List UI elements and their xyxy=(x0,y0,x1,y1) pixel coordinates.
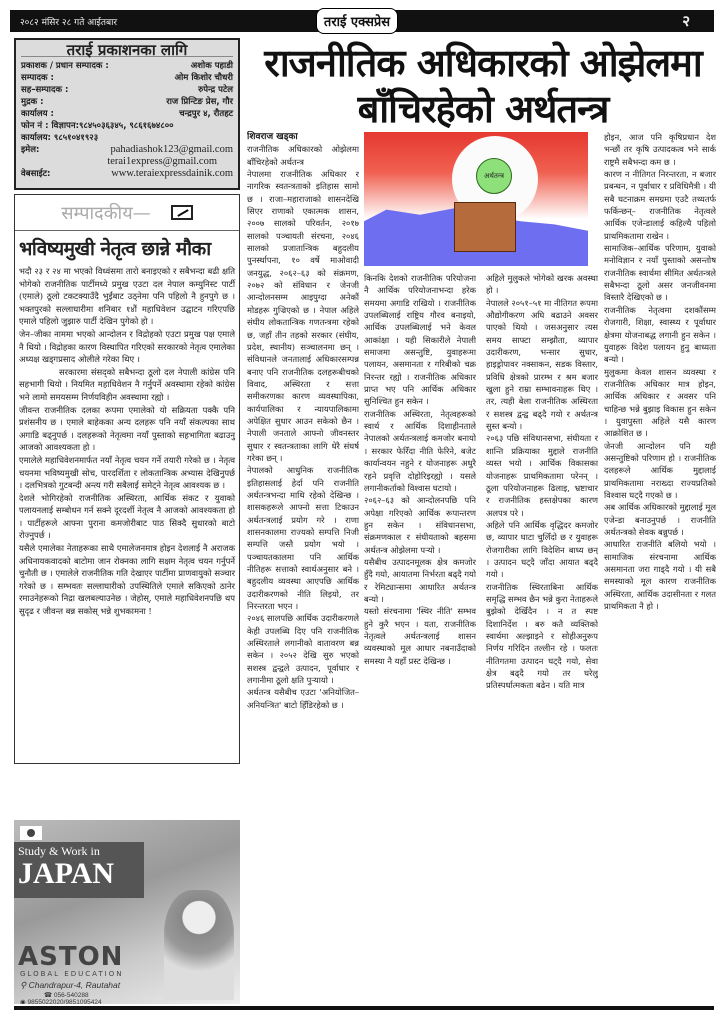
email-link-1[interactable]: pahadiashok123@gmail.com xyxy=(110,144,233,156)
article-column-4: होइन, आज पनि कृषिप्रधान देश भन्छौं तर कृ… xyxy=(604,131,716,1006)
editorial-paragraph: जीवन्त राजनीतिक दलका रूपमा एमालेको यो सक… xyxy=(19,404,235,454)
left-column: तराई प्रकाशनका लागि प्रकाशक / प्रधान सम्… xyxy=(14,38,240,764)
bottom-rule xyxy=(14,1006,714,1010)
editorial-header: सम्पादकीय— xyxy=(15,195,239,231)
japan-flag-icon xyxy=(20,826,42,840)
editorial-section-label: सम्पादकीय— xyxy=(61,201,150,225)
ad-brand-sub: GLOBAL EDUCATION xyxy=(20,970,123,978)
article-column-2: किनकि देशको राजनीतिक परियोजना नै आर्थिक … xyxy=(364,272,476,1006)
info-row-email2: terai1express@gmail.com xyxy=(21,156,233,168)
ballot-box-shape xyxy=(454,202,516,252)
article-column-3: अहिले मुलुकले भोगेको खरक अवस्था हो । नेप… xyxy=(486,272,598,1006)
editorial-paragraph: सरकारमा संसद्को सबैभन्दा ठूलो दल नेपाली … xyxy=(19,366,235,404)
info-row-editor: सम्पादक :ओम किशोर चौधरी xyxy=(21,72,233,84)
economy-character: अर्थतन्त्र xyxy=(476,158,512,194)
info-row-office: कार्यालय :चन्द्रपुर ४, रौतहट xyxy=(21,108,233,120)
article-headline: राजनीतिक अधिकारको ओझेलमा बाँचिरहेको अर्थ… xyxy=(248,40,718,132)
japan-study-advertisement[interactable]: Study & Work in JAPAN ASTON GLOBAL EDUCA… xyxy=(14,820,240,1004)
editorial-paragraph: यसैले एमालेका नेताहरूका साथै एमालेजनमात्… xyxy=(19,542,235,618)
ad-title-box: Study & Work in JAPAN xyxy=(14,842,144,898)
ad-address: ⚲ Chandrapur-4, Rautahat xyxy=(20,980,120,991)
student-photo xyxy=(164,890,234,1000)
pen-icon xyxy=(171,205,193,220)
issue-date: २०८२ मंसिर २८ गते आईतबार xyxy=(20,15,117,28)
page-number: २ xyxy=(682,11,690,31)
info-row-office-phone: कार्यालय: ९८५१०४१९२३ xyxy=(21,132,233,144)
economy-cartoon-illustration: अर्थतन्त्र xyxy=(364,132,588,266)
editorial-paragraph: एमालेले महाधिवेशनमार्फत नयाँ नेतृत्व चयन… xyxy=(19,454,235,492)
article-column-1: शिवराज खड्का राजनीतिक अधिकारको ओझेलमा बा… xyxy=(247,131,359,1006)
email-link-2[interactable]: terai1express@gmail.com xyxy=(107,156,217,168)
info-row-website: वेबसाईट:www.teraiexpressdainik.com xyxy=(21,168,233,180)
info-title: तराई प्रकाशनका लागि xyxy=(21,44,233,57)
newspaper-masthead: तराई एक्सप्रेस xyxy=(316,8,398,34)
article-author: शिवराज खड्का xyxy=(247,131,359,143)
info-row-coeditor: सह–सम्पादक :रुपेन्द्र पटेल xyxy=(21,84,233,96)
info-row-phone: फोन नं : विज्ञापन:९८४५०३६३४५, ९८६१६७४८०० xyxy=(21,120,233,132)
editorial-paragraph: देशले भोगिरहेको राजनीतिक अस्थिरता, आर्थि… xyxy=(19,492,235,542)
info-row-email: इमेल:pahadiashok123@gmail.com xyxy=(21,144,233,156)
info-row-publisher: प्रकाशक / प्रधान सम्पादक :अशोक पहाडी xyxy=(21,60,233,72)
website-link[interactable]: www.teraiexpressdainik.com xyxy=(111,168,233,180)
editorial-box: सम्पादकीय— भविष्यमुखी नेतृत्व छान्ने मौक… xyxy=(14,194,240,764)
editorial-paragraph: जेन–जीका नाममा भएको आन्दोलन र विद्रोहको … xyxy=(19,328,235,366)
info-row-printer: मुद्रक :राज प्रिन्टिङ प्रेस, गौर xyxy=(21,96,233,108)
ad-country: JAPAN xyxy=(18,859,140,889)
editorial-title: भविष्यमुखी नेतृत्व छान्ने मौका xyxy=(15,231,239,265)
editorial-body: भदौ २३ र २४ मा भएको विध्वंसमा तारो बनाइए… xyxy=(15,265,239,763)
publication-info-box: तराई प्रकाशनका लागि प्रकाशक / प्रधान सम्… xyxy=(14,38,240,190)
ad-mobile: ◉ 9855022020/9851095424 xyxy=(20,998,102,1004)
ad-brand-logo: ASTON xyxy=(18,942,123,972)
editorial-paragraph: भदौ २३ र २४ मा भएको विध्वंसमा तारो बनाइए… xyxy=(19,265,235,328)
